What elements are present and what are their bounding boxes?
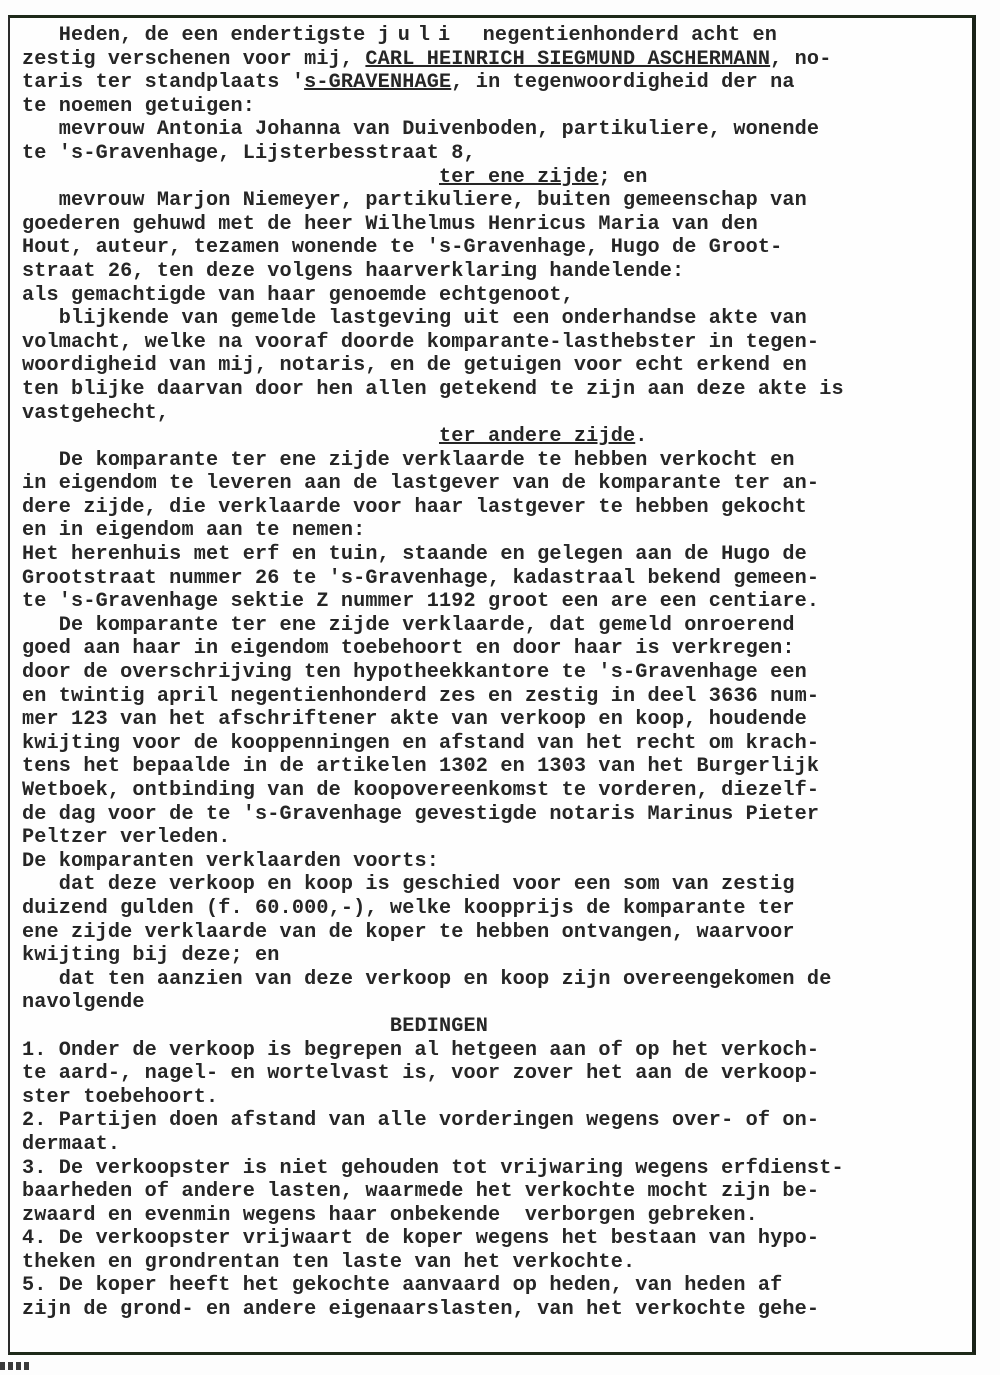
text-line: Peltzer verleden. bbox=[22, 826, 972, 850]
line-text: taris ter standplaats ' bbox=[22, 71, 304, 94]
page-edge-mark bbox=[0, 1362, 30, 1370]
text-line: Grootstraat nummer 26 te 's-Gravenhage, … bbox=[22, 567, 972, 591]
text-line: 3. De verkoopster is niet gehouden tot v… bbox=[22, 1157, 972, 1181]
text-line: duizend gulden (f. 60.000,-), welke koop… bbox=[22, 897, 972, 921]
text-line: kwijting bij deze; en bbox=[22, 944, 972, 968]
text-line: De komparante ter ene zijde verklaarde, … bbox=[22, 614, 972, 638]
text-line: 2. Partijen doen afstand van alle vorder… bbox=[22, 1109, 972, 1133]
line-text: straat 26, ten deze volgens haarverklari… bbox=[22, 260, 684, 283]
text-line: mer 123 van het afschriftener akte van v… bbox=[22, 708, 972, 732]
text-line: Het herenhuis met erf en tuin, staande e… bbox=[22, 543, 972, 567]
text-line: dermaat. bbox=[22, 1133, 972, 1157]
spaced-month: juli bbox=[378, 24, 458, 47]
text-line: zijn de grond- en andere eigenaarslasten… bbox=[22, 1298, 972, 1322]
text-line: taris ter standplaats 's-GRAVENHAGE, in … bbox=[22, 71, 972, 95]
line-text: woordigheid van mij, notaris, en de getu… bbox=[22, 354, 807, 377]
underlined-text: ter ene zijde bbox=[439, 166, 598, 189]
line-text: Hout, auteur, tezamen wonende te 's-Grav… bbox=[22, 236, 782, 259]
underlined-text: ter andere zijde bbox=[439, 425, 635, 448]
text-line: dere zijde, die verklaarde voor haar las… bbox=[22, 496, 972, 520]
text-line: volmacht, welke na vooraf doorde kompara… bbox=[22, 331, 972, 355]
text-line: dat deze verkoop en koop is geschied voo… bbox=[22, 873, 972, 897]
line-text: duizend gulden (f. 60.000,-), welke koop… bbox=[22, 897, 795, 920]
text-line: ster toebehoort. bbox=[22, 1086, 972, 1110]
line-text: Wetboek, ontbinding van de koopovereenko… bbox=[22, 779, 819, 802]
text-line: en in eigendom aan te nemen: bbox=[22, 519, 972, 543]
line-text: , in tegenwoordigheid der na bbox=[451, 71, 794, 94]
text-line: vastgehecht, bbox=[22, 402, 972, 426]
line-text: 5. De koper heeft het gekochte aanvaard … bbox=[22, 1274, 782, 1297]
text-line: De komparanten verklaarden voorts: bbox=[22, 850, 972, 874]
line-text: Grootstraat nummer 26 te 's-Gravenhage, … bbox=[22, 567, 819, 590]
line-text: te noemen getuigen: bbox=[22, 95, 255, 118]
line-text: 4. De verkoopster vrijwaart de koper weg… bbox=[22, 1227, 819, 1250]
line-text: ten blijke daarvan door hen allen geteke… bbox=[22, 378, 844, 401]
line-text: ; en bbox=[598, 166, 647, 189]
line-text bbox=[22, 425, 439, 448]
line-text: dere zijde, die verklaarde voor haar las… bbox=[22, 496, 807, 519]
line-text: , no- bbox=[770, 48, 831, 71]
line-text: Peltzer verleden. bbox=[22, 826, 231, 849]
line-text: ster toebehoort. bbox=[22, 1086, 218, 1109]
text-line: en twintig april negentienhonderd zes en… bbox=[22, 685, 972, 709]
text-line: 1. Onder de verkoop is begrepen al hetge… bbox=[22, 1039, 972, 1063]
document-frame: Heden, de een endertigste juli negentien… bbox=[8, 15, 976, 1355]
text-line: theken en grondrentan ten laste van het … bbox=[22, 1251, 972, 1275]
text-line: dat ten aanzien van deze verkoop en koop… bbox=[22, 968, 972, 992]
text-line: navolgende bbox=[22, 991, 972, 1015]
line-text: te aard-, nagel- en wortelvast is, voor … bbox=[22, 1062, 819, 1085]
text-line: woordigheid van mij, notaris, en de getu… bbox=[22, 354, 972, 378]
line-text: vastgehecht, bbox=[22, 402, 169, 425]
line-text: kwijting bij deze; en bbox=[22, 944, 280, 967]
line-text: 2. Partijen doen afstand van alle vorder… bbox=[22, 1109, 819, 1132]
line-text: zijn de grond- en andere eigenaarslasten… bbox=[22, 1298, 819, 1321]
text-line: te aard-, nagel- en wortelvast is, voor … bbox=[22, 1062, 972, 1086]
line-text: dat deze verkoop en koop is geschied voo… bbox=[22, 873, 795, 896]
text-line: Wetboek, ontbinding van de koopovereenko… bbox=[22, 779, 972, 803]
text-line: 5. De koper heeft het gekochte aanvaard … bbox=[22, 1274, 972, 1298]
text-line: te 's-Gravenhage, Lijsterbesstraat 8, bbox=[22, 142, 972, 166]
text-line: zestig verschenen voor mij, CARL HEINRIC… bbox=[22, 48, 972, 72]
line-text: zestig verschenen voor mij, bbox=[22, 48, 365, 71]
text-line: ene zijde verklaarde van de koper te heb… bbox=[22, 921, 972, 945]
line-text: dat ten aanzien van deze verkoop en koop… bbox=[22, 968, 831, 991]
text-line: tens het bepaalde in de artikelen 1302 e… bbox=[22, 755, 972, 779]
line-text: zwaard en evenmin wegens haar onbekende … bbox=[22, 1204, 758, 1227]
line-text: ene zijde verklaarde van de koper te heb… bbox=[22, 921, 795, 944]
text-line: Heden, de een endertigste juli negentien… bbox=[22, 24, 972, 48]
text-line: straat 26, ten deze volgens haarverklari… bbox=[22, 260, 972, 284]
line-text: Het herenhuis met erf en tuin, staande e… bbox=[22, 543, 807, 566]
line-text: te 's-Gravenhage sektie Z nummer 1192 gr… bbox=[22, 590, 819, 613]
line-text: blijkende van gemelde lastgeving uit een… bbox=[22, 307, 807, 330]
line-text: theken en grondrentan ten laste van het … bbox=[22, 1251, 635, 1274]
line-text: mevrouw Antonia Johanna van Duivenboden,… bbox=[22, 118, 819, 141]
text-line: 4. De verkoopster vrijwaart de koper weg… bbox=[22, 1227, 972, 1251]
line-text: mer 123 van het afschriftener akte van v… bbox=[22, 708, 807, 731]
line-text: dermaat. bbox=[22, 1133, 120, 1156]
line-text: in eigendom te leveren aan de lastgever … bbox=[22, 472, 819, 495]
line-text: kwijting voor de kooppenningen en afstan… bbox=[22, 732, 819, 755]
line-text bbox=[22, 166, 439, 189]
line-text: en twintig april negentienhonderd zes en… bbox=[22, 685, 819, 708]
line-text: volmacht, welke na vooraf doorde kompara… bbox=[22, 331, 819, 354]
underlined-text: CARL HEINRICH SIEGMUND ASCHERMANN bbox=[365, 48, 770, 71]
line-text: en in eigendom aan te nemen: bbox=[22, 519, 365, 542]
text-line: kwijting voor de kooppenningen en afstan… bbox=[22, 732, 972, 756]
line-text: 1. Onder de verkoop is begrepen al hetge… bbox=[22, 1039, 819, 1062]
line-text: als gemachtigde van haar genoemde echtge… bbox=[22, 284, 574, 307]
text-line: door de overschrijving ten hypotheekkant… bbox=[22, 661, 972, 685]
line-text: 3. De verkoopster is niet gehouden tot v… bbox=[22, 1157, 844, 1180]
text-line: in eigendom te leveren aan de lastgever … bbox=[22, 472, 972, 496]
text-line: ten blijke daarvan door hen allen geteke… bbox=[22, 378, 972, 402]
line-text: navolgende bbox=[22, 991, 145, 1014]
text-line: De komparante ter ene zijde verklaarde t… bbox=[22, 449, 972, 473]
line-text: goed aan haar in eigendom toebehoort en … bbox=[22, 637, 795, 660]
text-line: goed aan haar in eigendom toebehoort en … bbox=[22, 637, 972, 661]
text-line: blijkende van gemelde lastgeving uit een… bbox=[22, 307, 972, 331]
text-line: goederen gehuwd met de heer Wilhelmus He… bbox=[22, 213, 972, 237]
line-text: door de overschrijving ten hypotheekkant… bbox=[22, 661, 807, 684]
text-line: BEDINGEN bbox=[22, 1015, 972, 1039]
text-line: zwaard en evenmin wegens haar onbekende … bbox=[22, 1204, 972, 1228]
deed-text-body: Heden, de een endertigste juli negentien… bbox=[22, 24, 972, 1322]
line-text: . bbox=[635, 425, 647, 448]
underlined-text: s-GRAVENHAGE bbox=[304, 71, 451, 94]
line-text: de dag voor de te 's-Gravenhage gevestig… bbox=[22, 803, 819, 826]
line-text: De komparanten verklaarden voorts: bbox=[22, 850, 439, 873]
line-text: te 's-Gravenhage, Lijsterbesstraat 8, bbox=[22, 142, 476, 165]
text-line: baarheden of andere lasten, waarmede het… bbox=[22, 1180, 972, 1204]
line-text: De komparante ter ene zijde verklaarde t… bbox=[22, 449, 795, 472]
line-text: goederen gehuwd met de heer Wilhelmus He… bbox=[22, 213, 758, 236]
text-line: te noemen getuigen: bbox=[22, 95, 972, 119]
line-text: tens het bepaalde in de artikelen 1302 e… bbox=[22, 755, 819, 778]
text-line: te 's-Gravenhage sektie Z nummer 1192 gr… bbox=[22, 590, 972, 614]
line-text: Heden, de een endertigste bbox=[22, 24, 378, 47]
line-text: De komparante ter ene zijde verklaarde, … bbox=[22, 614, 795, 637]
text-line: ter ene zijde; en bbox=[22, 166, 972, 190]
text-line: de dag voor de te 's-Gravenhage gevestig… bbox=[22, 803, 972, 827]
document-page: Heden, de een endertigste juli negentien… bbox=[0, 0, 1000, 1375]
line-text: baarheden of andere lasten, waarmede het… bbox=[22, 1180, 819, 1203]
text-line: mevrouw Antonia Johanna van Duivenboden,… bbox=[22, 118, 972, 142]
line-text: BEDINGEN bbox=[22, 1015, 488, 1038]
text-line: als gemachtigde van haar genoemde echtge… bbox=[22, 284, 972, 308]
line-text: negentienhonderd acht en bbox=[458, 24, 777, 47]
text-line: ter andere zijde. bbox=[22, 425, 972, 449]
line-text: mevrouw Marjon Niemeyer, partikuliere, b… bbox=[22, 189, 807, 212]
text-line: mevrouw Marjon Niemeyer, partikuliere, b… bbox=[22, 189, 972, 213]
text-line: Hout, auteur, tezamen wonende te 's-Grav… bbox=[22, 236, 972, 260]
